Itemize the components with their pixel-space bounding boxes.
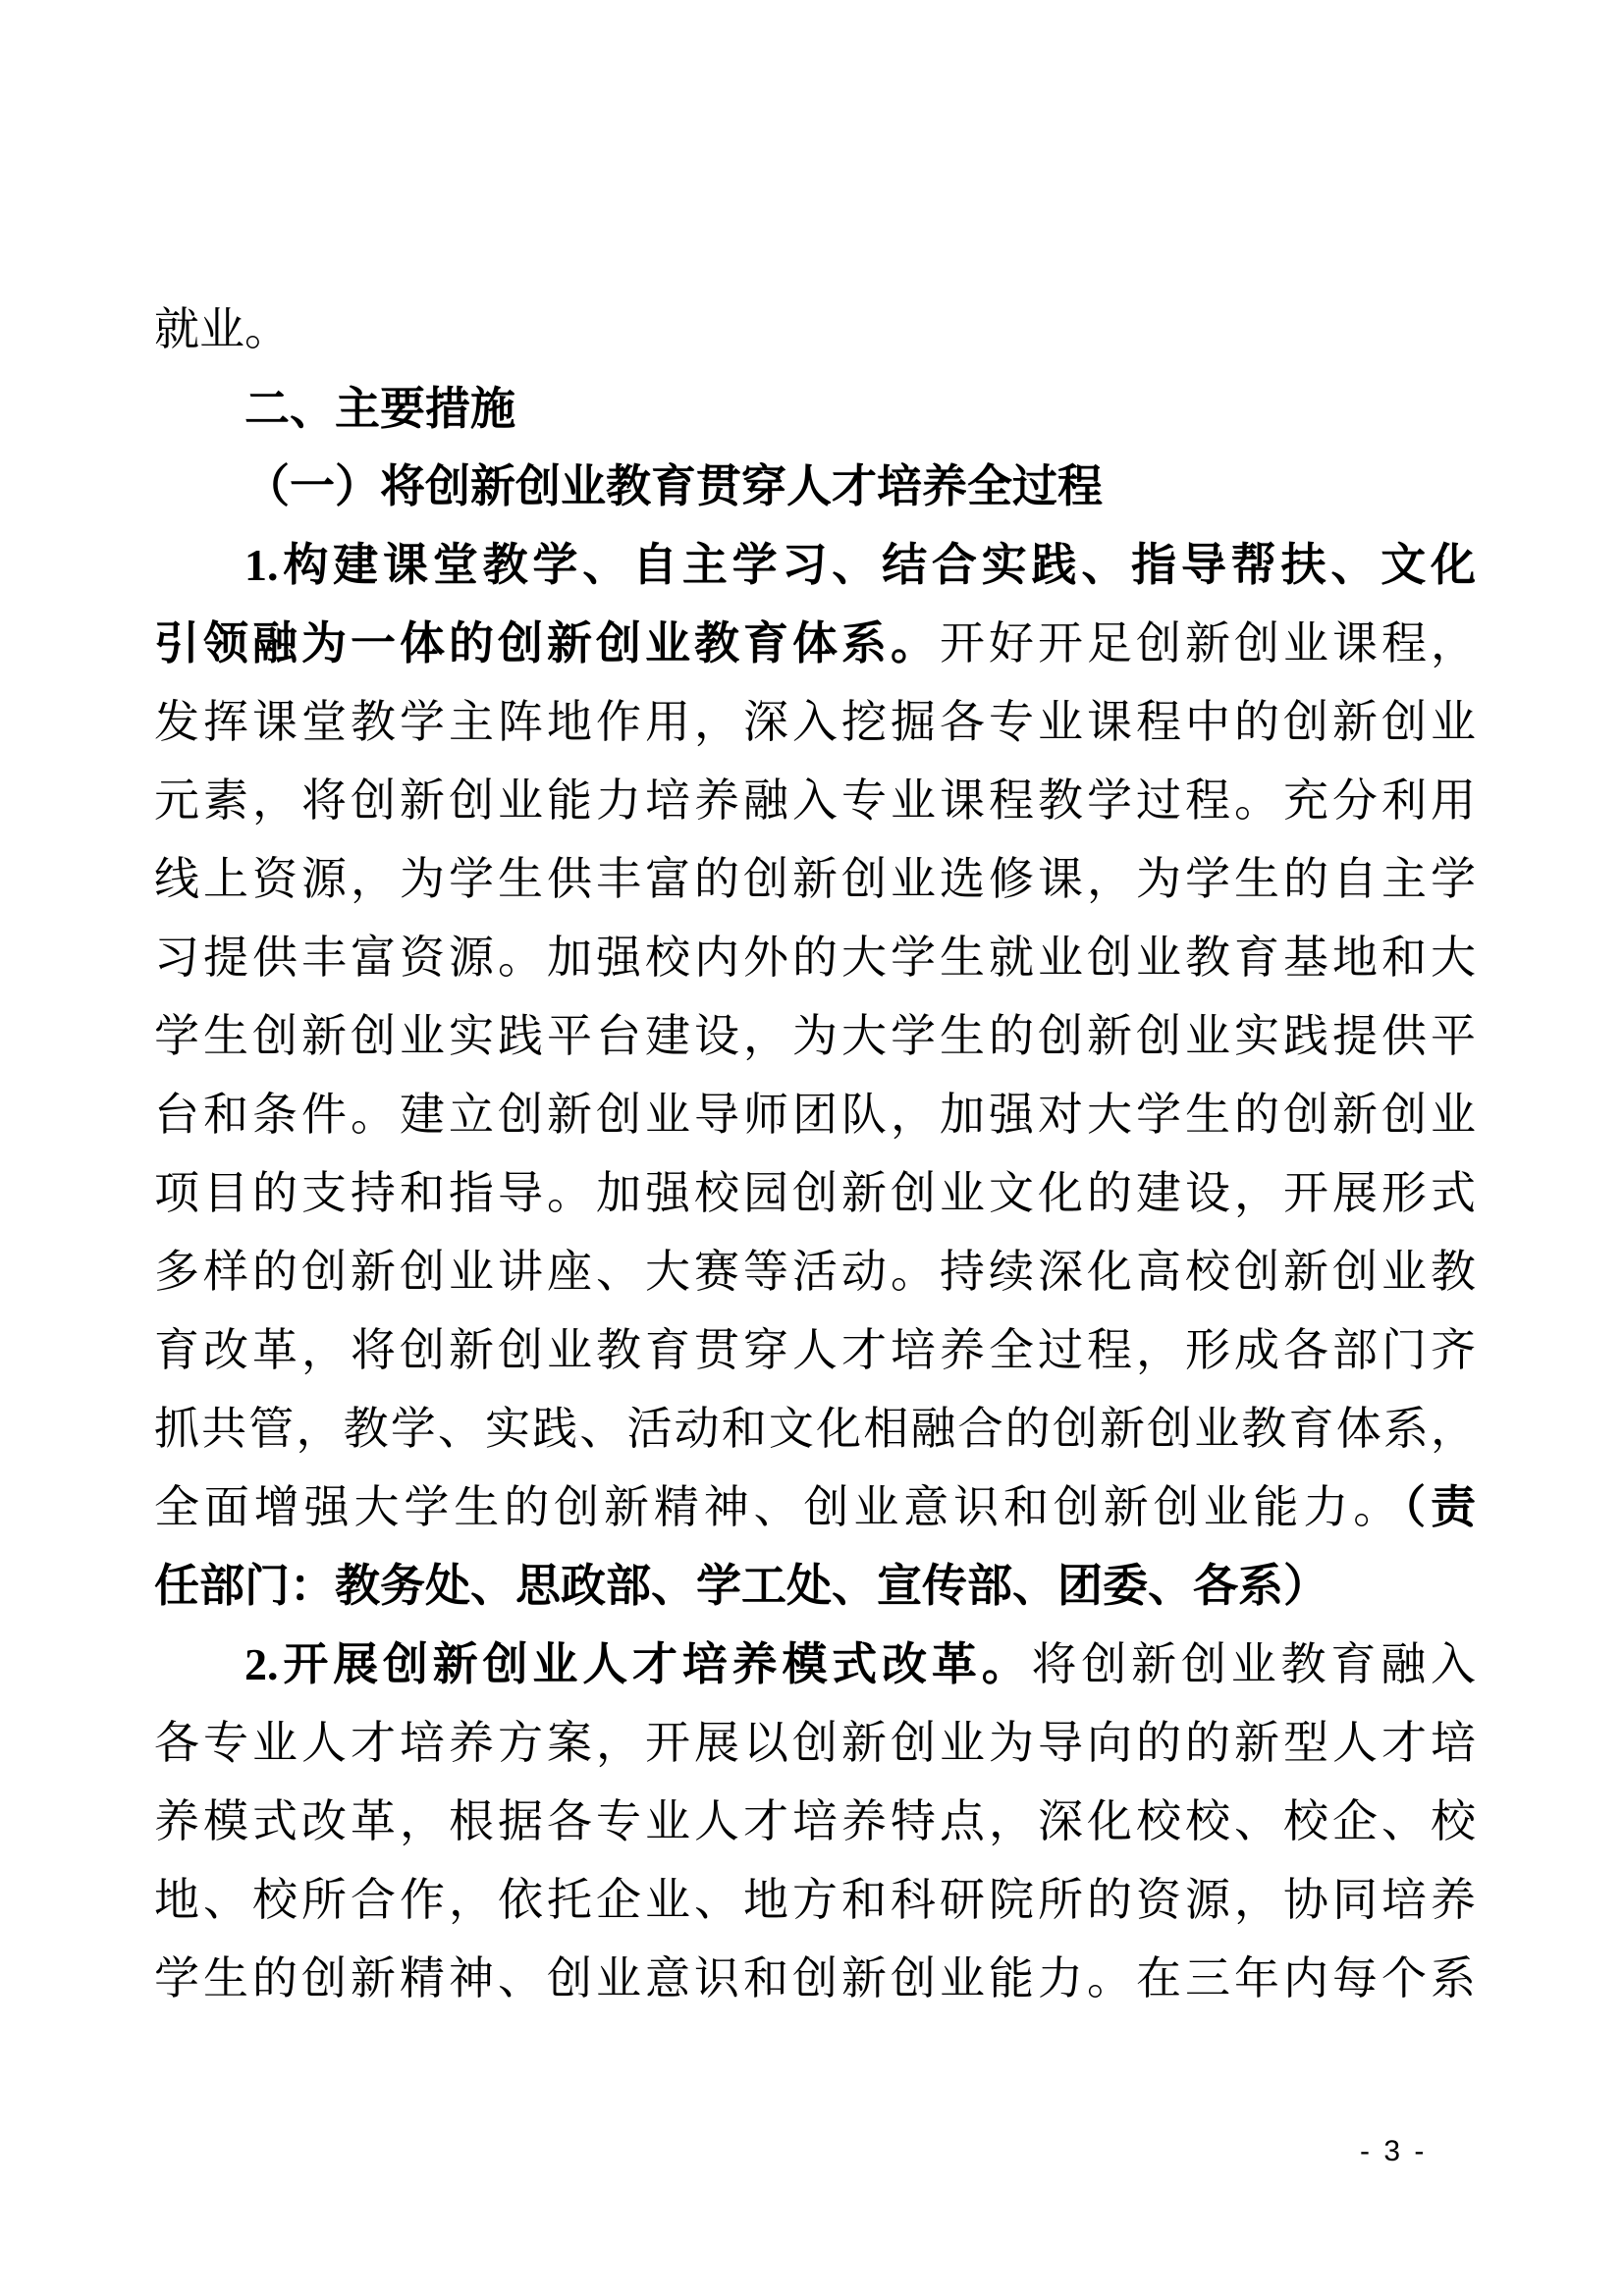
text-line: 元素，将创新创业能力培养融入专业课程教学过程。充分利用	[154, 762, 1476, 840]
text-line: 学生的创新精神、创业意识和创新创业能力。在三年内每个系	[154, 1940, 1476, 2018]
text-line: 项目的支持和指导。加强校园创新创业文化的建设，开展形式	[154, 1154, 1476, 1233]
text-run: 1.构建课堂教学、自主学习、结合实践、指导帮扶、文化	[244, 540, 1476, 590]
text-line: 多样的创新创业讲座、大赛等活动。持续深化高校创新创业教	[154, 1233, 1476, 1311]
text-line: 2.开展创新创业人才培养模式改革。将创新创业教育融入	[154, 1626, 1476, 1704]
text-line: （一）将创新创业教育贯穿人才培养全过程	[154, 448, 1476, 526]
text-run: 全面增强大学生的创新精神、创业意识和创新创业能力。	[154, 1482, 1403, 1532]
text-line: 全面增强大学生的创新精神、创业意识和创新创业能力。（责	[154, 1468, 1476, 1547]
text-run: 地、校所合作，依托企业、地方和科研院所的资源，协同培养	[154, 1875, 1476, 1925]
text-line: 任部门：教务处、思政部、学工处、宣传部、团委、各系）	[154, 1547, 1476, 1626]
text-line: 习提供丰富资源。加强校内外的大学生就业创业教育基地和大	[154, 919, 1476, 997]
document-page: 就业。二、主要措施（一）将创新创业教育贯穿人才培养全过程1.构建课堂教学、自主学…	[0, 0, 1624, 2296]
page-number: - 3 -	[1360, 2135, 1427, 2168]
text-line: 1.构建课堂教学、自主学习、结合实践、指导帮扶、文化	[154, 526, 1476, 605]
text-line: 育改革，将创新创业教育贯穿人才培养全过程，形成各部门齐	[154, 1311, 1476, 1390]
text-run: 就业。	[154, 304, 290, 354]
text-line: 引领融为一体的创新创业教育体系。开好开足创新创业课程，	[154, 605, 1476, 683]
text-run: 育改革，将创新创业教育贯穿人才培养全过程，形成各部门齐	[154, 1325, 1476, 1375]
text-run: 2.开展创新创业人才培养模式改革。	[244, 1639, 1032, 1689]
text-line: 学生创新创业实践平台建设，为大学生的创新创业实践提供平	[154, 997, 1476, 1076]
text-run: 台和条件。建立创新创业导师团队，加强对大学生的创新创业	[154, 1090, 1476, 1140]
text-line: 各专业人才培养方案，开展以创新创业为导向的的新型人才培	[154, 1704, 1476, 1783]
text-run: （责	[1403, 1482, 1476, 1532]
text-line: 二、主要措施	[154, 369, 1476, 448]
text-run: 发挥课堂教学主阵地作用，深入挖掘各专业课程中的创新创业	[154, 697, 1476, 747]
text-line: 抓共管，教学、实践、活动和文化相融合的创新创业教育体系，	[154, 1390, 1476, 1468]
text-line: 地、校所合作，依托企业、地方和科研院所的资源，协同培养	[154, 1861, 1476, 1940]
text-run: 学生创新创业实践平台建设，为大学生的创新创业实践提供平	[154, 1011, 1476, 1061]
text-run: 元素，将创新创业能力培养融入专业课程教学过程。充分利用	[154, 775, 1476, 826]
document-body: 就业。二、主要措施（一）将创新创业教育贯穿人才培养全过程1.构建课堂教学、自主学…	[154, 291, 1476, 2018]
text-run: 各专业人才培养方案，开展以创新创业为导向的的新型人才培	[154, 1718, 1476, 1768]
text-run: 项目的支持和指导。加强校园创新创业文化的建设，开展形式	[154, 1168, 1476, 1218]
text-run: 养模式改革，根据各专业人才培养特点，深化校校、校企、校	[154, 1796, 1476, 1846]
text-run: 多样的创新创业讲座、大赛等活动。持续深化高校创新创业教	[154, 1247, 1476, 1297]
text-line: 线上资源，为学生供丰富的创新创业选修课，为学生的自主学	[154, 840, 1476, 919]
text-run: （一）将创新创业教育贯穿人才培养全过程	[244, 461, 1103, 511]
text-run: 任部门：教务处、思政部、学工处、宣传部、团委、各系）	[154, 1561, 1328, 1611]
text-run: 引领融为一体的创新创业教育体系。	[154, 618, 940, 668]
text-line: 台和条件。建立创新创业导师团队，加强对大学生的创新创业	[154, 1076, 1476, 1154]
text-line: 就业。	[154, 291, 1476, 369]
text-run: 将创新创业教育融入	[1032, 1639, 1477, 1689]
text-line: 养模式改革，根据各专业人才培养特点，深化校校、校企、校	[154, 1783, 1476, 1861]
text-run: 线上资源，为学生供丰富的创新创业选修课，为学生的自主学	[154, 854, 1476, 904]
text-run: 学生的创新精神、创业意识和创新创业能力。在三年内每个系	[154, 1953, 1476, 2003]
text-run: 习提供丰富资源。加强校内外的大学生就业创业教育基地和大	[154, 933, 1476, 983]
text-run: 开好开足创新创业课程，	[940, 618, 1476, 668]
text-run: 抓共管，教学、实践、活动和文化相融合的创新创业教育体系，	[154, 1404, 1476, 1454]
text-line: 发挥课堂教学主阵地作用，深入挖掘各专业课程中的创新创业	[154, 683, 1476, 762]
text-run: 二、主要措施	[244, 383, 515, 434]
